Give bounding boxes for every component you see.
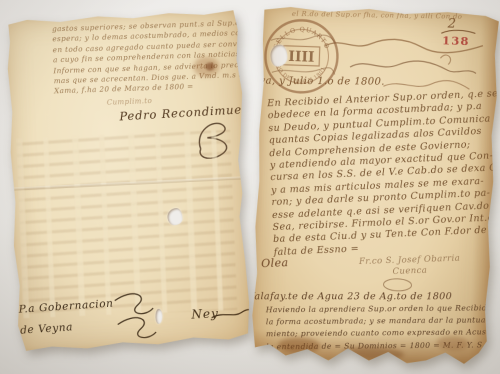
mid-signature: Fr.co S. Josef ObarriaCuenca [359,254,461,280]
left-manuscript-paper: gastos superiores; se observan punt.s al… [3,9,252,352]
second-dateline: Valafay.te de Agua 23 de Ag.to de 1800 [248,291,452,302]
dateline: va, y Julio 1.o de 1800. [260,76,385,88]
right-manuscript-paper: el R.do del Sup.or fha, con fha, y alli … [250,4,500,366]
stamp-center-numerals: IIII [288,49,315,66]
right-body-paragraph: En Recibido el Anterior Sup.or orden, q.… [267,88,500,259]
left-manuscript: gastos superiores; se observan punt.s al… [3,9,252,352]
footer-rubric-flourish-icon [110,289,162,347]
left-faint-word: Cumplim.to [107,97,153,107]
right-manuscript: el R.do del Sup.or fha, con fha, y alli … [250,4,500,366]
paper-hole [167,208,183,226]
left-margin-flourish-word: Olea [261,256,289,270]
signature-dash-flourish-icon [211,307,256,323]
left-footer-inscription: P.a Gobernacionde Veyna [18,293,115,341]
photo-background: gastos superiores; se observan punt.s al… [0,0,500,374]
